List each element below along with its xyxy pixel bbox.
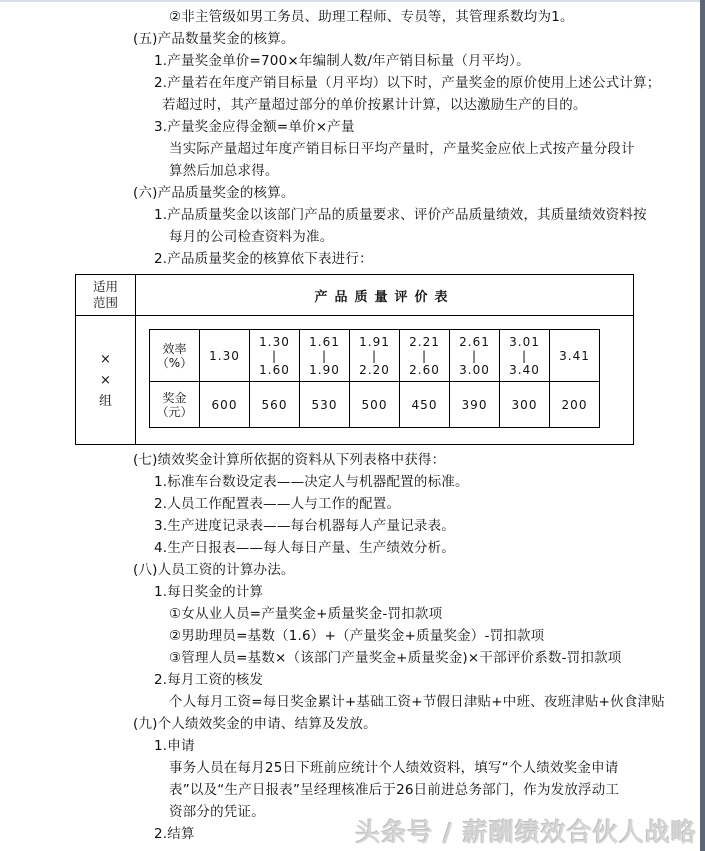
quality-table-main-area: 效率 （%） 1.301.30 | 1.601.61 | 1.901.91 | …	[136, 316, 633, 444]
text-line: ②男助理员=基数（1.6）+（产量奖金+质量奖金）-罚扣款项	[169, 625, 700, 647]
text-block-after-table: (七)绩效奖金计算所依据的资料从下列表格中获得：1.标准车台数设定表——决定人与…	[0, 449, 700, 845]
page-right-edge-strip	[700, 0, 705, 851]
efficiency-range-cell: 1.30	[200, 330, 250, 382]
bonus-value-cell: 530	[300, 382, 350, 428]
text-line: 1.每日奖金的计算	[154, 581, 700, 603]
bonus-value-cell: 500	[350, 382, 400, 428]
text-line: 每月的公司检查资料为准。	[169, 226, 700, 248]
efficiency-bonus-table: 效率 （%） 1.301.30 | 1.601.61 | 1.901.91 | …	[149, 329, 600, 428]
document-page: ②非主管级如男工务员、助理工程师、专员等，其管理系数均为1。(五)产品数量奖金的…	[0, 0, 705, 851]
text-line: 个人每月工资=每日奖金累计+基础工资+节假日津贴+中班、夜班津贴+伙食津贴	[169, 691, 700, 713]
efficiency-range-cell: 2.21 | 2.60	[400, 330, 450, 382]
quality-table-header-row: 适用 范围 产品质量评价表	[76, 275, 633, 316]
quality-table-title: 产品质量评价表	[136, 275, 633, 315]
quality-evaluation-table: 适用 范围 产品质量评价表 ××组 效率 （%） 1.301.30 | 1.60…	[75, 274, 634, 445]
efficiency-row-label: 效率 （%）	[150, 330, 200, 382]
text-line: (八)人员工资的计算办法。	[133, 559, 700, 581]
text-line: (九)个人绩效奖金的申请、结算及发放。	[133, 713, 700, 735]
bonus-row: 奖金 （元） 600560530500450390300200	[150, 382, 600, 428]
text-line: 2.每月工资的核发	[154, 669, 700, 691]
document-body: ②非主管级如男工务员、助理工程师、专员等，其管理系数均为1。(五)产品数量奖金的…	[0, 6, 700, 845]
text-block-before-table: ②非主管级如男工务员、助理工程师、专员等，其管理系数均为1。(五)产品数量奖金的…	[0, 6, 700, 270]
efficiency-range-cell: 3.41	[550, 330, 600, 382]
bonus-value-cell: 450	[400, 382, 450, 428]
text-line: 当实际产量超过年度产销目标日平均产量时，产量奖金应依上式按产量分段计	[169, 138, 700, 160]
bonus-value-cell: 390	[450, 382, 500, 428]
text-line: 3.生产进度记录表——每台机器每人产量记录表。	[154, 515, 700, 537]
text-line: 2.人员工作配置表——人与工作的配置。	[154, 493, 700, 515]
efficiency-range-cell: 2.61 | 3.00	[450, 330, 500, 382]
text-line: 1.产品质量奖金以该部门产品的质量要求、评价产品质量绩效，其质量绩效资料按	[154, 204, 700, 226]
text-line: ①女从业人员=产量奖金+质量奖金-罚扣款项	[169, 603, 700, 625]
bonus-value-cell: 200	[550, 382, 600, 428]
text-line: 表”以及“生产日报表”呈经理核准后于26日前进总务部门，作为发放浮动工	[169, 779, 700, 801]
quality-table-body-row: ××组 效率 （%） 1.301.30 | 1.601.61 | 1.901.9…	[76, 316, 633, 444]
text-line: 1.申请	[154, 735, 700, 757]
efficiency-range-cell: 1.91 | 2.20	[350, 330, 400, 382]
text-line: ②非主管级如男工务员、助理工程师、专员等，其管理系数均为1。	[169, 6, 700, 28]
bonus-value-cell: 300	[500, 382, 550, 428]
scope-header-cell: 适用 范围	[76, 275, 136, 315]
text-line: 算然后加总求得。	[169, 160, 700, 182]
scope-value-cell: ××组	[76, 316, 136, 444]
page-top-border	[0, 0, 705, 2]
text-line: 1.产量奖金单价=700×年编制人数/年产销目标量（月平均）。	[154, 50, 700, 72]
text-line: 若超过时，其产量超过部分的单价按累计计算，以达激励生产的目的。	[162, 94, 700, 116]
scope-char: 组	[99, 391, 112, 412]
bonus-value-cell: 560	[250, 382, 300, 428]
efficiency-row: 效率 （%） 1.301.30 | 1.601.61 | 1.901.91 | …	[150, 330, 600, 382]
text-line: (五)产品数量奖金的核算。	[133, 28, 700, 50]
text-line: (七)绩效奖金计算所依据的资料从下列表格中获得：	[133, 449, 700, 471]
efficiency-range-cell: 1.30 | 1.60	[250, 330, 300, 382]
bonus-value-cell: 600	[200, 382, 250, 428]
scope-char: ×	[100, 370, 111, 391]
efficiency-range-cell: 1.61 | 1.90	[300, 330, 350, 382]
text-line: 4.生产日报表——每人每日产量、生产绩效分析。	[154, 537, 700, 559]
text-line: 事务人员在每月25日下班前应统计个人绩效资料，填写“个人绩效奖金申请	[169, 757, 700, 779]
text-line: 1.标准车台数设定表——决定人与机器配置的标准。	[154, 471, 700, 493]
text-line: ③管理人员=基数×（该部门产量奖金+质量奖金)×干部评价系数-罚扣款项	[169, 647, 700, 669]
watermark-text: 头条号 / 薪酬绩效合伙人战略	[355, 813, 697, 849]
text-line: 2.产品质量奖金的核算依下表进行：	[154, 248, 700, 270]
bonus-row-label: 奖金 （元）	[150, 382, 200, 428]
text-line: (六)产品质量奖金的核算。	[133, 182, 700, 204]
text-line: 3.产量奖金应得金额=单价×产量	[154, 116, 700, 138]
efficiency-range-cell: 3.01 | 3.40	[500, 330, 550, 382]
scope-char: ×	[100, 349, 111, 370]
text-line: 2.产量若在年度产销目标量（月平均）以下时，产量奖金的原价使用上述公式计算；	[154, 72, 700, 94]
